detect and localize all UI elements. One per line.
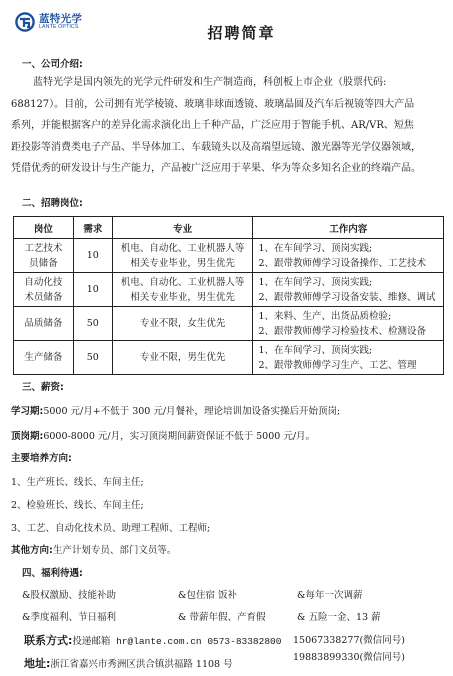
- section-heading-salary: 三、薪资:: [22, 379, 64, 393]
- benefit-item: &股权激励、技能补助: [22, 587, 116, 601]
- table-row: 工艺技术员储备 10 机电、自动化、工业机器人等相关专业毕业，男生优先 1、在车…: [14, 239, 444, 273]
- work-cell: 1、来料、生产、出货品质检验;2、跟带教师傅学习检验技术、检测设备: [253, 307, 444, 341]
- address-line: 地址:浙江省嘉兴市秀洲区洪合镇洪福路 1108 号: [24, 655, 233, 671]
- column-header-count: 需求: [73, 217, 112, 239]
- column-header-work: 工作内容: [253, 217, 444, 239]
- contact-line: 联系方式:投递邮箱 hr@lante.com.cn 0573-83382800: [24, 632, 281, 648]
- other-direction-text: 生产计划专员、部门文员等。: [53, 545, 177, 556]
- contact-label: 联系方式:: [24, 634, 72, 647]
- intro-paragraph: 蓝特光学是国内领先的光学元件研发和生产制造商，科创板上市企业（股票代码: 688…: [11, 72, 439, 180]
- column-header-position: 岗位: [14, 217, 74, 239]
- major-cell: 机电、自动化、工业机器人等相关专业毕业，男生优先: [112, 273, 253, 307]
- study-period-label: 学习期:: [11, 406, 43, 417]
- work-cell: 1、在车间学习、顶岗实践;2、跟带教师傅学习设备安装、维修、调试: [253, 273, 444, 307]
- major-cell: 专业不限，男生优先: [112, 341, 253, 375]
- address-label: 地址:: [24, 657, 50, 670]
- table-row: 品质储备 50 专业不限，女生优先 1、来料、生产、出货品质检验;2、跟带教师傅…: [14, 307, 444, 341]
- benefit-item: & 带薪年假、产育假: [178, 609, 265, 623]
- section-heading-intro: 一、公司介绍:: [22, 56, 83, 70]
- intro-line: 凭借优秀的研发设计与生产能力，产品被广泛应用于苹果、华为等众多知名企业的终端产品…: [11, 158, 439, 180]
- benefit-item: &每年一次调薪: [297, 587, 362, 601]
- table-header-row: 岗位 需求 专业 工作内容: [14, 217, 444, 239]
- benefit-item: &季度福利、节日福利: [22, 609, 116, 623]
- major-cell: 机电、自动化、工业机器人等相关专业毕业，男生优先: [112, 239, 253, 273]
- post-period-text: 6000-8000 元/月，实习顶岗期间薪资保证不低于 5000 元/月。: [43, 431, 315, 442]
- count-cell: 50: [73, 341, 112, 375]
- other-direction-label: 其他方向:: [11, 545, 53, 556]
- post-period-label: 顶岗期:: [11, 431, 43, 442]
- contact-phone-1: 15067338277(微信同号): [293, 632, 405, 646]
- work-cell: 1、在车间学习、顶岗实践;2、跟带教师傅学习设备操作、工艺技术: [253, 239, 444, 273]
- work-cell: 1、在车间学习、顶岗实践;2、跟带教师傅学习生产、工艺、管理: [253, 341, 444, 375]
- count-cell: 50: [73, 307, 112, 341]
- post-period-line: 顶岗期:6000-8000 元/月，实习顶岗期间薪资保证不低于 5000 元/月…: [11, 428, 315, 442]
- address-text: 浙江省嘉兴市秀洲区洪合镇洪福路 1108 号: [50, 659, 232, 670]
- major-cell: 专业不限，女生优先: [112, 307, 253, 341]
- intro-line: 蓝特光学是国内领先的光学元件研发和生产制造商，科创板上市企业（股票代码:: [11, 72, 439, 94]
- position-cell: 自动化技术员储备: [14, 273, 74, 307]
- intro-line: 688127）。目前，公司拥有光学棱镜、玻璃非球面透镜、玻璃晶圆及汽车后视镜等四…: [11, 94, 439, 116]
- training-direction-heading: 主要培养方向:: [11, 450, 72, 464]
- study-period-text: 5000 元/月+不低于 300 元/月餐补，理论培训加设备实操后开始顶岗;: [43, 406, 340, 417]
- contact-email-phone: 投递邮箱 hr@lante.com.cn 0573-83382800: [72, 636, 281, 647]
- positions-table: 岗位 需求 专业 工作内容 工艺技术员储备 10 机电、自动化、工业机器人等相关…: [13, 216, 444, 375]
- section-heading-positions: 二、招聘岗位:: [22, 195, 83, 209]
- page-title: 招聘简章: [0, 22, 453, 43]
- section-heading-benefits: 四、福利待遇:: [22, 565, 83, 579]
- study-period-line: 学习期:5000 元/月+不低于 300 元/月餐补，理论培训加设备实操后开始顶…: [11, 403, 340, 417]
- direction-item: 3、工艺、自动化技术员、助理工程师、工程师;: [11, 520, 210, 534]
- position-cell: 工艺技术员储备: [14, 239, 74, 273]
- count-cell: 10: [73, 273, 112, 307]
- column-header-major: 专业: [112, 217, 253, 239]
- benefit-item: &包住宿 饭补: [178, 587, 237, 601]
- table-row: 生产储备 50 专业不限，男生优先 1、在车间学习、顶岗实践;2、跟带教师傅学习…: [14, 341, 444, 375]
- direction-item: 2、检验班长、线长、车间主任;: [11, 497, 144, 511]
- other-direction-line: 其他方向:生产计划专员、部门文员等。: [11, 542, 176, 556]
- position-cell: 生产储备: [14, 341, 74, 375]
- direction-item: 1、生产班长、线长、车间主任;: [11, 474, 144, 488]
- intro-line: 系列，并能根据客户的差异化需求演化出上千种产品，广泛应用于智能手机、AR/VR、…: [11, 115, 439, 137]
- benefit-item: & 五险一金、13 薪: [297, 609, 381, 623]
- table-row: 自动化技术员储备 10 机电、自动化、工业机器人等相关专业毕业，男生优先 1、在…: [14, 273, 444, 307]
- position-cell: 品质储备: [14, 307, 74, 341]
- contact-phone-2: 19883899330(微信同号): [293, 649, 405, 663]
- intro-line: 距投影等消费类电子产品、半导体加工、车载镜头以及高端望远镜、激光器等光学仪器领域…: [11, 137, 439, 159]
- count-cell: 10: [73, 239, 112, 273]
